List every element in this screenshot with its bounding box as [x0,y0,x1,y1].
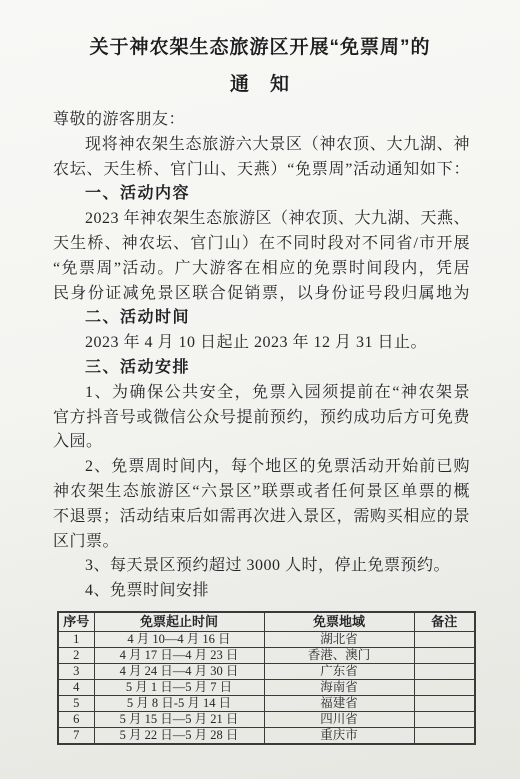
text-line: 不退票；活动结束后如需再次进入景区，需购买相应的景 [53,505,470,530]
table-cell [414,647,475,663]
table-cell: 6 [58,711,94,727]
table-cell: 湖北省 [264,631,414,647]
table-header-cell: 免票起止时间 [94,612,264,632]
table-row: 65 月 15 日—5 月 21 日四川省 [58,711,475,727]
text-line: 神农架生态旅游区“六景区”联票或者任何景区单票的概 [53,480,470,505]
text-line: 2、免票周时间内，每个地区的免票活动开始前已购买 [53,455,470,480]
table-header-cell: 序号 [58,612,94,632]
notice-body: 尊敬的游客朋友：现将神农架生态旅游六大景区（神农顶、大九湖、神农坛、天生桥、官门… [53,108,470,604]
table-cell: 福建省 [264,695,414,711]
text-line: 尊敬的游客朋友： [53,108,470,133]
table-cell: 4 月 10—4 月 16 日 [94,631,264,647]
notice-title: 关于神农架生态旅游区开展“免票周”的 通 知 [0,36,520,97]
table-row: 34 月 24 日—4 月 30 日广东省 [58,663,475,679]
table-header-cell: 备注 [414,612,475,632]
table-cell: 广东省 [264,663,414,679]
table-row: 55 月 8 日-5 月 14 日福建省 [58,695,475,711]
text-line: 1、为确保公共安全，免票入园须提前在“神农架景区” [53,381,470,406]
table-cell: 7 [58,727,94,744]
notice-title-line-1: 关于神农架生态旅游区开展“免票周”的 [0,36,520,60]
text-line: 2023 年神农架生态旅游区（神农顶、大九湖、天燕、 [53,207,470,232]
scanned-notice-page: 关于神农架生态旅游区开展“免票周”的 通 知 尊敬的游客朋友：现将神农架生态旅游… [0,0,520,779]
table-cell: 4 月 24 日—4 月 30 日 [94,663,264,679]
text-line: 现将神农架生态旅游六大景区（神农顶、大九湖、神 [53,133,470,158]
table-cell: 重庆市 [264,727,414,744]
table-row: 14 月 10—4 月 16 日湖北省 [58,631,475,647]
section-heading-line: 二、活动时间 [53,306,470,331]
free-ticket-schedule-table: 序号免票起止时间免票地域备注 14 月 10—4 月 16 日湖北省24 月 1… [57,611,476,745]
text-line: 4、免票时间安排 [53,579,470,604]
section-heading-line: 三、活动安排 [53,356,470,381]
table-cell: 5 月 15 日—5 月 21 日 [94,711,264,727]
table-cell: 2 [58,647,94,663]
notice-title-line-2: 通 知 [0,73,520,97]
table-cell: 5 月 1 日—5 月 7 日 [94,679,264,695]
text-line: “免票周”活动。广大游客在相应的免票时间段内，凭居 [53,257,470,282]
table-cell: 4 月 17 日—4 月 23 日 [94,647,264,663]
table-cell: 海南省 [264,679,414,695]
table-row: 45 月 1 日—5 月 7 日海南省 [58,679,475,695]
table-cell: 5 月 8 日-5 月 14 日 [94,695,264,711]
table-cell: 1 [58,631,94,647]
table-row: 24 月 17 日—4 月 23 日香港、澳门 [58,647,475,663]
table-cell: 香港、澳门 [264,647,414,663]
table-cell [414,695,475,711]
table-cell: 4 [58,679,94,695]
table-cell: 5 [58,695,94,711]
text-line: 入园。 [53,430,470,455]
section-heading-line: 一、活动内容 [53,182,470,207]
table-cell: 5 月 22 日—5 月 28 日 [94,727,264,744]
text-line: 农坛、天生桥、官门山、天燕）“免票周”活动通知如下： [53,158,470,183]
table-cell [414,727,475,744]
text-line: 天生桥、神农坛、官门山）在不同时段对不同省/市开展 [53,232,470,257]
text-line: 区门票。 [53,530,470,555]
table-cell [414,631,475,647]
table-cell: 3 [58,663,94,679]
text-line: 民身份证减免景区联合促销票，以身份证号段归属地为准。 [53,282,470,307]
table-row: 75 月 22 日—5 月 28 日重庆市 [58,727,475,744]
table-cell: 四川省 [264,711,414,727]
table-header-cell: 免票地域 [264,612,414,632]
table-header-row: 序号免票起止时间免票地域备注 [58,612,475,632]
text-line: 2023 年 4 月 10 日起止 2023 年 12 月 31 日止。 [53,331,470,356]
table-cell [414,679,475,695]
text-line: 官方抖音号或微信公众号提前预约，预约成功后方可免费 [53,406,470,431]
text-line: 3、每天景区预约超过 3000 人时，停止免票预约。 [53,554,470,579]
table-cell [414,711,475,727]
table-cell [414,663,475,679]
